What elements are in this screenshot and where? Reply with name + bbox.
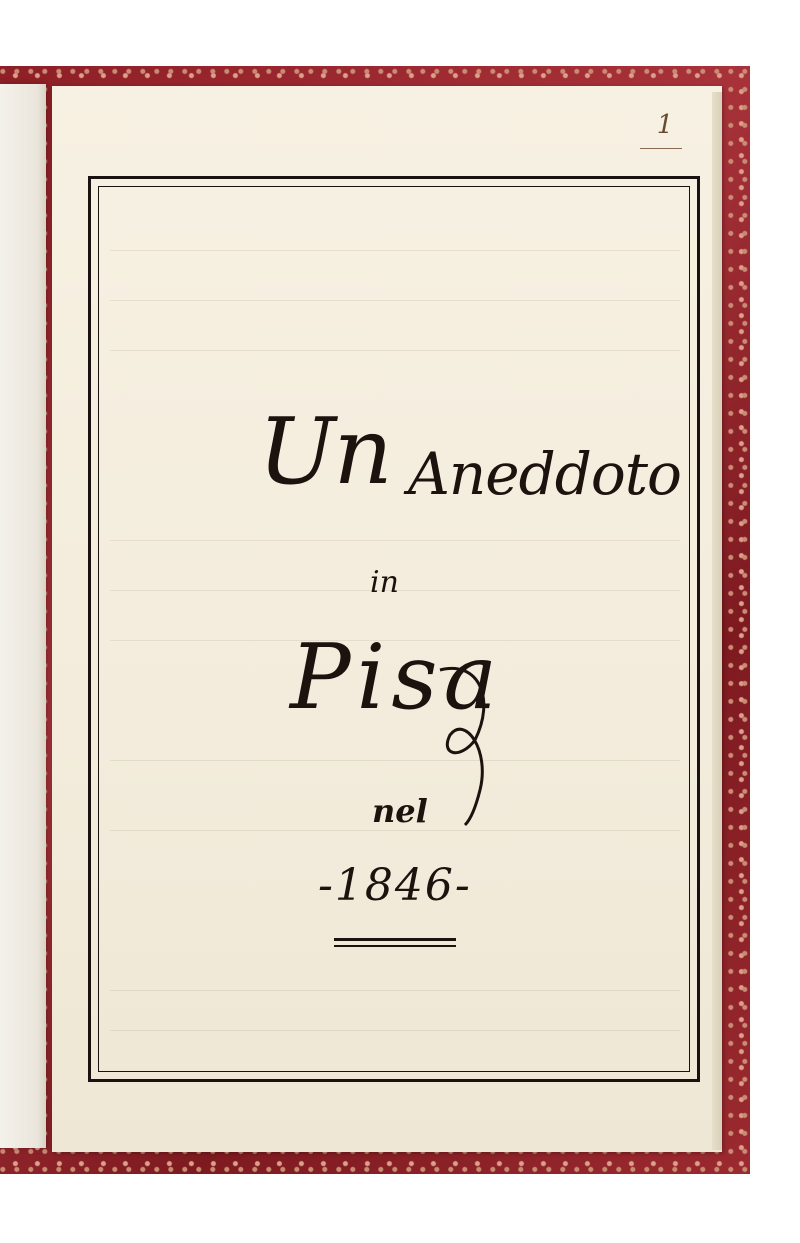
- title-word-in: in: [370, 565, 399, 600]
- double-rule-thin: [334, 945, 456, 947]
- folio-underline: [640, 148, 682, 149]
- title-year: -1846-: [318, 860, 472, 911]
- title-word-un: Un: [258, 398, 391, 505]
- double-rule-thick: [334, 938, 456, 941]
- folio-number: 1: [640, 110, 690, 140]
- page-edge: [712, 92, 722, 1150]
- calligraphic-flourish: [430, 660, 500, 830]
- left-endpaper: [0, 84, 46, 1148]
- title-word-aneddoto: Aneddoto: [408, 440, 681, 508]
- title-word-nel: nel: [372, 792, 428, 830]
